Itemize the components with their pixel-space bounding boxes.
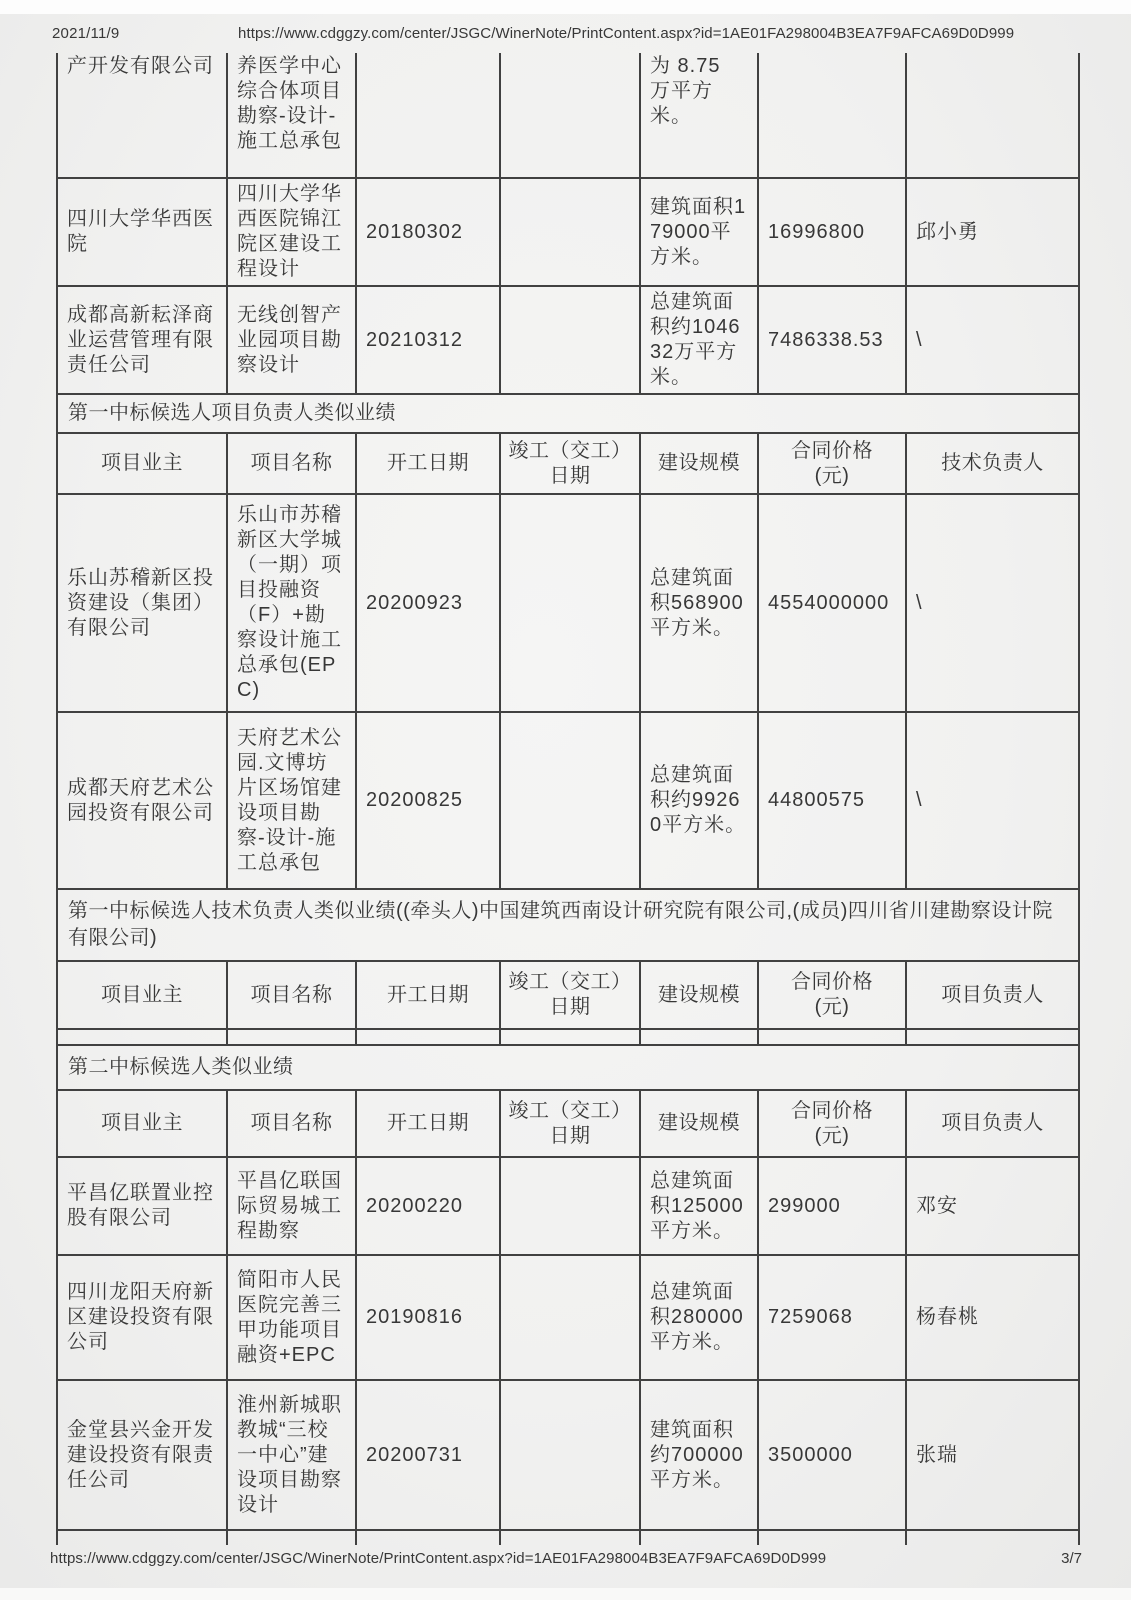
- photo-top-band: [0, 0, 1131, 14]
- data-cell: 20210312: [356, 286, 500, 394]
- data-cell: 四川大学华西医院: [57, 178, 227, 286]
- data-cell: 20200731: [356, 1380, 500, 1530]
- data-cell: 邓安: [906, 1157, 1079, 1255]
- column-header: 建设规模: [640, 961, 758, 1029]
- print-page: { "page_header": { "date": "2021/11/9", …: [0, 0, 1131, 1600]
- header-row: 项目业主项目名称开工日期竣工（交工） 日期建设规模合同价格 (元)技术负责人: [57, 433, 1079, 494]
- empty-cell: [758, 1530, 906, 1545]
- data-row: 金堂县兴金开发建设投资有限责任公司淮州新城职教城“三校一中心”建设项目勘察设计2…: [57, 1380, 1079, 1530]
- results-table-body: 产开发有限公司养医学中心综合体项目勘察-设计-施工总承包为 8.75 万平方米。…: [57, 53, 1079, 1545]
- print-footer-url: https://www.cdggzy.com/center/JSGC/Winer…: [50, 1550, 826, 1567]
- data-cell: 20200825: [356, 712, 500, 889]
- header-row: 项目业主项目名称开工日期竣工（交工） 日期建设规模合同价格 (元)项目负责人: [57, 1090, 1079, 1157]
- data-cell: 7486338.53: [758, 286, 906, 394]
- empty-cell: [640, 1029, 758, 1045]
- empty-cell: [57, 1029, 227, 1045]
- column-header: 竣工（交工） 日期: [500, 1090, 640, 1157]
- column-header: 竣工（交工） 日期: [500, 433, 640, 494]
- section-row: 第二中标候选人类似业绩: [57, 1045, 1079, 1090]
- data-row: 乐山苏稽新区投资建设（集团）有限公司乐山市苏稽新区大学城（一期）项目投融资（F）…: [57, 494, 1079, 712]
- data-cell: 养医学中心综合体项目勘察-设计-施工总承包: [227, 53, 356, 178]
- column-header: 项目名称: [227, 961, 356, 1029]
- data-cell: [500, 494, 640, 712]
- print-header-date: 2021/11/9: [52, 25, 119, 42]
- data-row: 成都高新耘泽商业运营管理有限责任公司无线创智产业园项目勘察设计20210312总…: [57, 286, 1079, 394]
- data-cell: 7259068: [758, 1255, 906, 1380]
- empty-cell: [57, 1530, 227, 1545]
- column-header: 技术负责人: [906, 433, 1079, 494]
- data-cell: 建筑面积约700000平方米。: [640, 1380, 758, 1530]
- data-cell: 总建筑面积约104632万平方米。: [640, 286, 758, 394]
- data-cell: 20200923: [356, 494, 500, 712]
- data-cell: 乐山苏稽新区投资建设（集团）有限公司: [57, 494, 227, 712]
- column-header: 项目名称: [227, 1090, 356, 1157]
- empty-cell: [906, 1530, 1079, 1545]
- data-cell: 四川龙阳天府新区建设投资有限公司: [57, 1255, 227, 1380]
- data-cell: [500, 712, 640, 889]
- column-header: 开工日期: [356, 433, 500, 494]
- results-table: 产开发有限公司养医学中心综合体项目勘察-设计-施工总承包为 8.75 万平方米。…: [56, 53, 1080, 1545]
- data-cell: [758, 53, 906, 178]
- data-cell: 天府艺术公园.文博坊片区场馆建设项目勘察-设计-施工总承包: [227, 712, 356, 889]
- photo-bottom-band: [0, 1588, 1131, 1600]
- data-cell: 20190816: [356, 1255, 500, 1380]
- empty-cell: [227, 1029, 356, 1045]
- section-row: 第一中标候选人项目负责人类似业绩: [57, 394, 1079, 433]
- data-cell: [906, 53, 1079, 178]
- data-cell: 建筑面积179000平方米。: [640, 178, 758, 286]
- data-cell: 张瑞: [906, 1380, 1079, 1530]
- column-header: 项目业主: [57, 433, 227, 494]
- data-cell: 成都高新耘泽商业运营管理有限责任公司: [57, 286, 227, 394]
- column-header: 开工日期: [356, 961, 500, 1029]
- data-row: 四川大学华西医院四川大学华西医院锦江院区建设工程设计20180302建筑面积17…: [57, 178, 1079, 286]
- data-cell: 299000: [758, 1157, 906, 1255]
- data-cell: [356, 53, 500, 178]
- data-cell: 4554000000: [758, 494, 906, 712]
- empty-cell: [227, 1530, 356, 1545]
- column-header: 项目名称: [227, 433, 356, 494]
- data-cell: \: [906, 712, 1079, 889]
- data-cell: 总建筑面积280000平方米。: [640, 1255, 758, 1380]
- data-cell: 简阳市人民医院完善三甲功能项目融资+EPC: [227, 1255, 356, 1380]
- data-cell: 20180302: [356, 178, 500, 286]
- data-cell: \: [906, 286, 1079, 394]
- data-cell: [500, 1157, 640, 1255]
- data-cell: [500, 286, 640, 394]
- page-number: 3/7: [1061, 1550, 1082, 1567]
- column-header: 项目业主: [57, 961, 227, 1029]
- empty-cell: [356, 1029, 500, 1045]
- data-cell: 淮州新城职教城“三校一中心”建设项目勘察设计: [227, 1380, 356, 1530]
- section-title: 第一中标候选人项目负责人类似业绩: [57, 394, 1079, 433]
- section-row: 第一中标候选人技术负责人类似业绩((牵头人)中国建筑西南设计研究院有限公司,(成…: [57, 889, 1079, 961]
- empty-cell: [640, 1530, 758, 1545]
- empty-row: [57, 1530, 1079, 1545]
- data-cell: [500, 178, 640, 286]
- data-cell: 总建筑面积568900 平方米。: [640, 494, 758, 712]
- data-cell: 金堂县兴金开发建设投资有限责任公司: [57, 1380, 227, 1530]
- data-cell: 总建筑面积约99260平方米。: [640, 712, 758, 889]
- data-row: 产开发有限公司养医学中心综合体项目勘察-设计-施工总承包为 8.75 万平方米。: [57, 53, 1079, 178]
- column-header: 项目负责人: [906, 1090, 1079, 1157]
- empty-cell: [500, 1530, 640, 1545]
- column-header: 合同价格 (元): [758, 1090, 906, 1157]
- empty-cell: [356, 1530, 500, 1545]
- data-cell: [500, 1380, 640, 1530]
- data-cell: 杨春桃: [906, 1255, 1079, 1380]
- data-cell: [500, 53, 640, 178]
- data-cell: \: [906, 494, 1079, 712]
- data-cell: 无线创智产业园项目勘察设计: [227, 286, 356, 394]
- data-cell: 平昌亿联置业控股有限公司: [57, 1157, 227, 1255]
- print-header-url: https://www.cdggzy.com/center/JSGC/Winer…: [238, 25, 1014, 42]
- data-cell: 16996800: [758, 178, 906, 286]
- column-header: 开工日期: [356, 1090, 500, 1157]
- empty-row: [57, 1029, 1079, 1045]
- column-header: 合同价格 (元): [758, 961, 906, 1029]
- section-title: 第一中标候选人技术负责人类似业绩((牵头人)中国建筑西南设计研究院有限公司,(成…: [57, 889, 1079, 961]
- column-header: 竣工（交工） 日期: [500, 961, 640, 1029]
- data-cell: [500, 1255, 640, 1380]
- column-header: 项目业主: [57, 1090, 227, 1157]
- data-row: 成都天府艺术公园投资有限公司天府艺术公园.文博坊片区场馆建设项目勘察-设计-施工…: [57, 712, 1079, 889]
- data-row: 四川龙阳天府新区建设投资有限公司简阳市人民医院完善三甲功能项目融资+EPC201…: [57, 1255, 1079, 1380]
- data-row: 平昌亿联置业控股有限公司平昌亿联国际贸易城工程勘察20200220总建筑面积12…: [57, 1157, 1079, 1255]
- data-cell: 产开发有限公司: [57, 53, 227, 178]
- data-cell: 3500000: [758, 1380, 906, 1530]
- section-title: 第二中标候选人类似业绩: [57, 1045, 1079, 1090]
- data-cell: 成都天府艺术公园投资有限公司: [57, 712, 227, 889]
- empty-cell: [758, 1029, 906, 1045]
- empty-cell: [906, 1029, 1079, 1045]
- data-cell: 四川大学华西医院锦江院区建设工程设计: [227, 178, 356, 286]
- data-cell: 20200220: [356, 1157, 500, 1255]
- column-header: 项目负责人: [906, 961, 1079, 1029]
- data-cell: 平昌亿联国际贸易城工程勘察: [227, 1157, 356, 1255]
- column-header: 合同价格 (元): [758, 433, 906, 494]
- data-cell: 乐山市苏稽新区大学城（一期）项目投融资（F）+勘察设计施工总承包(EPC): [227, 494, 356, 712]
- results-table-container: 产开发有限公司养医学中心综合体项目勘察-设计-施工总承包为 8.75 万平方米。…: [56, 53, 1082, 1545]
- data-cell: 为 8.75 万平方米。: [640, 53, 758, 178]
- data-cell: 总建筑面积125000平方米。: [640, 1157, 758, 1255]
- column-header: 建设规模: [640, 433, 758, 494]
- data-cell: 邱小勇: [906, 178, 1079, 286]
- empty-cell: [500, 1029, 640, 1045]
- column-header: 建设规模: [640, 1090, 758, 1157]
- data-cell: 44800575: [758, 712, 906, 889]
- header-row: 项目业主项目名称开工日期竣工（交工） 日期建设规模合同价格 (元)项目负责人: [57, 961, 1079, 1029]
